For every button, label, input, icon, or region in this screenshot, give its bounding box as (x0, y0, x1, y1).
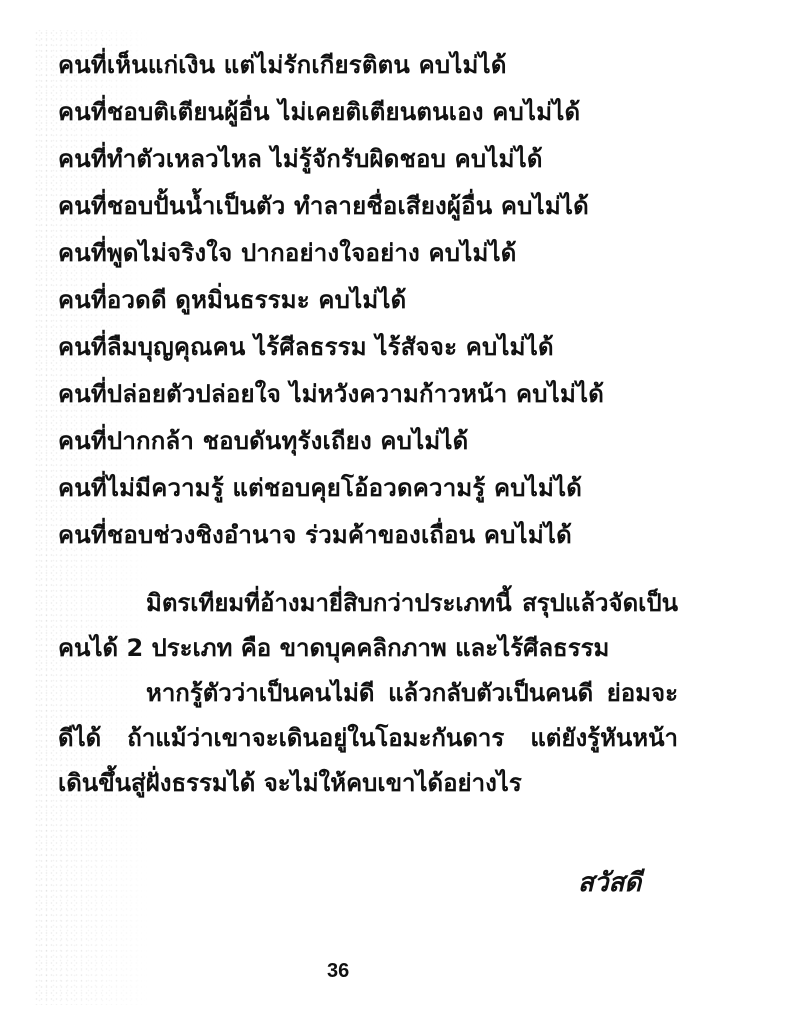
page-body: คนที่เห็นแก่เงิน แต่ไม่รักเกียรติตน คบไม… (58, 42, 718, 806)
list-item: คนที่ไม่มีความรู้ แต่ชอบคุยโอ้อวดความรู้… (58, 465, 718, 512)
conclusion-paragraph: หากรู้ตัวว่าเป็นคนไม่ดี แล้วกลับตัวเป็นค… (58, 671, 678, 806)
list-item: คนที่ชอบปั้นน้ำเป็นตัว ทำลายชื่อเสียงผู้… (58, 183, 718, 230)
closing-signature: สวัสดี (578, 862, 641, 903)
list-item: คนที่ทำตัวเหลวไหล ไม่รู้จักรับผิดชอบ คบไ… (58, 136, 718, 183)
list-item: คนที่ชอบติเตียนผู้อื่น ไม่เคยติเตียนตนเอ… (58, 89, 718, 136)
summary-paragraph: มิตรเทียมที่อ้างมายี่สิบกว่าประเภทนี้ สร… (58, 581, 678, 671)
unfriendable-people-list: คนที่เห็นแก่เงิน แต่ไม่รักเกียรติตน คบไม… (58, 42, 718, 559)
page-number: 36 (327, 960, 349, 983)
list-item: คนที่เห็นแก่เงิน แต่ไม่รักเกียรติตน คบไม… (58, 42, 718, 89)
list-item: คนที่อวดดี ดูหมิ่นธรรมะ คบไม่ได้ (58, 277, 718, 324)
list-item: คนที่ปากกล้า ชอบดันทุรังเถียง คบไม่ได้ (58, 418, 718, 465)
list-item: คนที่ลืมบุญคุณคน ไร้ศีลธรรม ไร้สัจจะ คบไ… (58, 324, 718, 371)
list-item: คนที่ปล่อยตัวปล่อยใจ ไม่หวังความก้าวหน้า… (58, 371, 718, 418)
list-item: คนที่ชอบช่วงชิงอำนาจ ร่วมค้าของเถื่อน คบ… (58, 512, 718, 559)
list-item: คนที่พูดไม่จริงใจ ปากอย่างใจอย่าง คบไม่ไ… (58, 230, 718, 277)
